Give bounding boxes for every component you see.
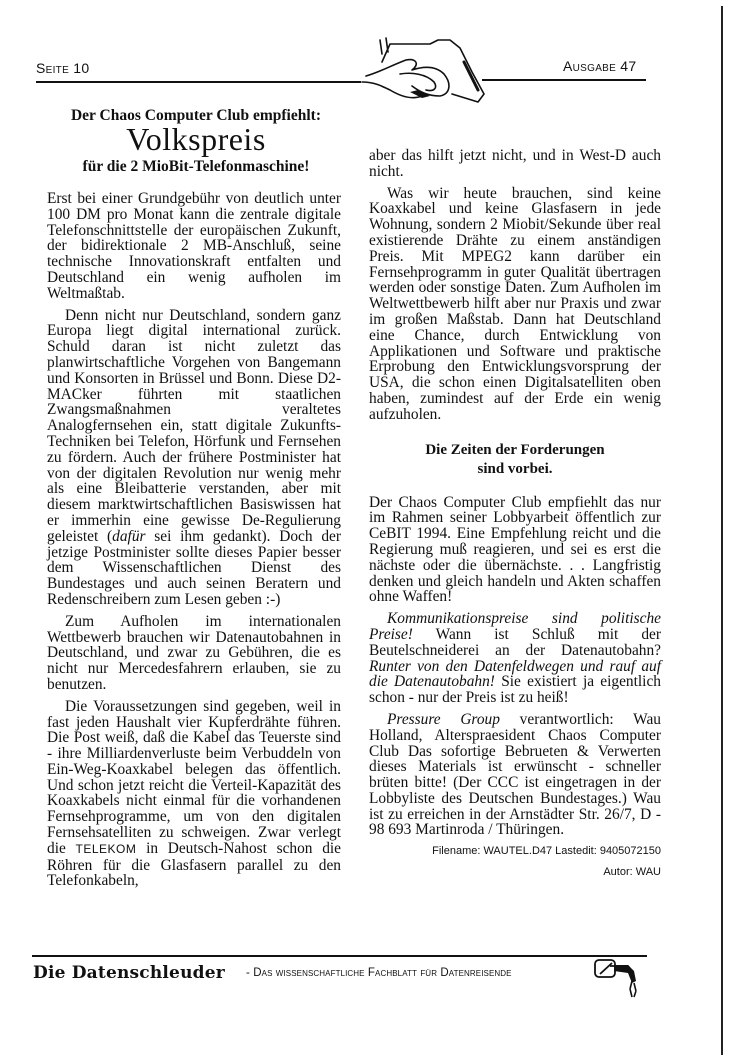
section-heading-line: sind vorbei. <box>369 460 661 479</box>
footer-rule <box>32 955 647 957</box>
publication-name: Die Datenschleuder <box>33 963 225 983</box>
page-number: Seite 10 <box>36 60 89 76</box>
header-rule-left <box>36 81 361 83</box>
publication-tagline: - Das wissenschaftliche Fachblatt für Da… <box>246 967 512 979</box>
paragraph: Was wir heute brauchen, sind keine Koaxk… <box>369 186 661 423</box>
paragraph: Pressure Group verantwortlich: Wau Holla… <box>369 712 661 838</box>
plug-cable-icon <box>592 957 642 999</box>
header-rule-right <box>482 79 646 81</box>
paragraph-text: Die Voraussetzungen sind gegeben, weil i… <box>47 698 341 857</box>
scan-edge-line <box>721 6 723 1055</box>
paragraph-text: verantwortlich: Wau Holland, Alterspraes… <box>369 711 661 839</box>
file-info: Filename: WAUTEL.D47 Lastedit: 940507215… <box>369 844 661 860</box>
article-subhead: für die 2 MioBit-Telefonmaschine! <box>46 158 346 176</box>
article-headline: Volkspreis <box>46 121 346 157</box>
paragraph: Die Voraussetzungen sind gegeben, weil i… <box>47 699 341 890</box>
paragraph: Erst bei einer Grundgebühr von deutlich … <box>47 191 341 302</box>
paragraph: Denn nicht nur Deutschland, sondern ganz… <box>47 308 341 608</box>
paragraph-text: Wann ist Schluß mit der Beutelschneidere… <box>369 626 661 659</box>
paragraph: Zum Aufholen im internationalen Wettbewe… <box>47 614 341 693</box>
section-heading: Die Zeiten der Forderungen sind vorbei. <box>369 441 661 479</box>
paragraph: Kommunikationspreise sind politische Pre… <box>369 611 661 706</box>
paragraph: Der Chaos Computer Club empfiehlt das nu… <box>369 495 661 606</box>
article-column-right: aber das hilft jetzt nicht, und in West-… <box>369 148 661 881</box>
emphasis-text: dafür <box>112 528 145 545</box>
telekom-smallcaps: TELEKOM <box>76 842 137 856</box>
issue-number: Ausgabe 47 <box>563 58 636 74</box>
section-heading-line: Die Zeiten der Forderungen <box>369 441 661 460</box>
paragraph: aber das hilft jetzt nicht, und in West-… <box>369 148 661 180</box>
article-column-left: Erst bei einer Grundgebühr von deutlich … <box>47 191 341 895</box>
paragraph-text: Denn nicht nur Deutschland, sondern ganz… <box>47 307 341 545</box>
author-credit: Autor: WAU <box>369 865 661 881</box>
hand-holding-device-icon <box>360 32 490 104</box>
emphasis-text: Pressure Group <box>387 711 500 728</box>
